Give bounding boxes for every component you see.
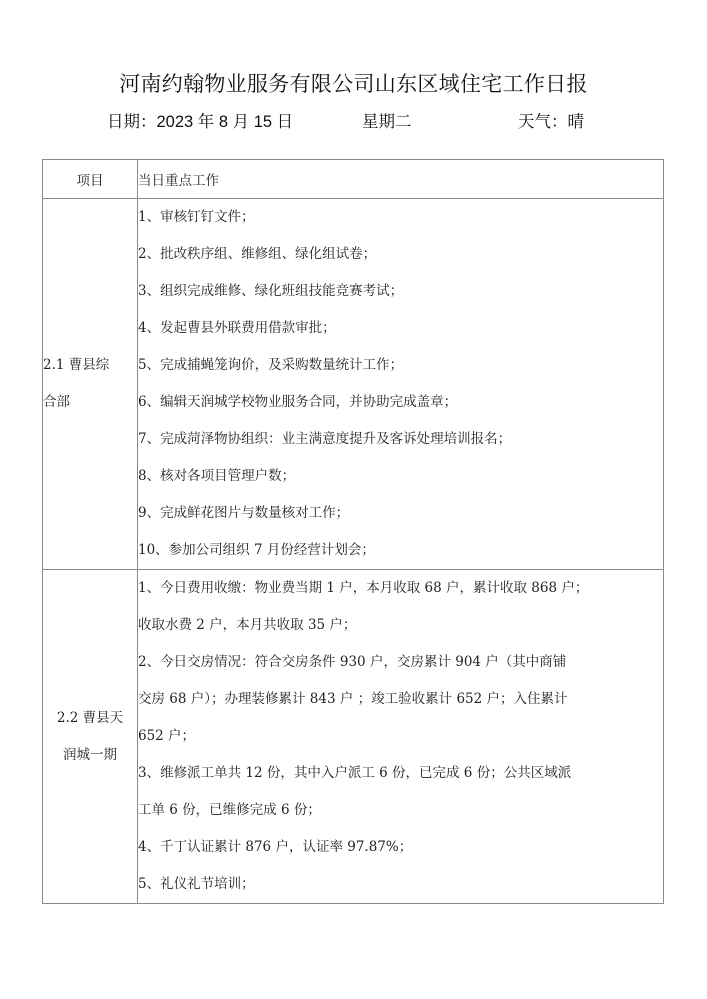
work-cell: 1、今日费用收缴：物业费当期 1 户，本月收取 68 户，累计收取 868 户；… [138, 570, 664, 904]
work-item: 6、编辑天润城学校物业服务合同，并协助完成盖章； [138, 384, 663, 421]
report-date: 日期：2023 年 8 月 15 日 [107, 108, 293, 132]
work-item: 1、审核钉钉文件； [138, 199, 663, 236]
work-item: 工单 6 份，已维修完成 6 份； [138, 792, 663, 829]
work-item: 2、批改秩序组、维修组、绿化组试卷； [138, 236, 663, 273]
daily-report-table: 项目 当日重点工作 2.1 曹县综 合部 1、审核钉钉文件； 2、批改秩序组、维… [42, 159, 664, 904]
work-item: 交房 68 户）；办理装修累计 843 户 ；竣工验收累计 652 户；入住累计 [138, 681, 663, 718]
work-item: 7、完成菏泽物协组织：业主满意度提升及客诉处理培训报名； [138, 421, 663, 458]
work-item: 收取水费 2 户，本月共收取 35 户； [138, 607, 663, 644]
report-weather: 天气：晴 [518, 108, 584, 132]
work-item: 5、礼仪礼节培训； [138, 866, 663, 903]
header-work: 当日重点工作 [138, 160, 664, 199]
work-item: 1、今日费用收缴：物业费当期 1 户，本月收取 68 户，累计收取 868 户； [138, 570, 663, 607]
project-name-line: 2.2 曹县天 [43, 700, 137, 737]
table-row: 2.1 曹县综 合部 1、审核钉钉文件； 2、批改秩序组、维修组、绿化组试卷； … [43, 199, 664, 570]
project-name-line: 2.1 曹县综 [43, 347, 137, 384]
project-name-line: 润城一期 [43, 737, 137, 774]
report-weekday: 星期二 [362, 108, 412, 132]
project-cell: 2.1 曹县综 合部 [43, 199, 138, 570]
work-item: 4、千丁认证累计 876 户，认证率 97.87%； [138, 829, 663, 866]
work-cell: 1、审核钉钉文件； 2、批改秩序组、维修组、绿化组试卷； 3、组织完成维修、绿化… [138, 199, 664, 570]
work-item: 2、今日交房情况：符合交房条件 930 户，交房累计 904 户（其中商铺 [138, 644, 663, 681]
work-item: 4、发起曹县外联费用借款审批； [138, 310, 663, 347]
table-header-row: 项目 当日重点工作 [43, 160, 664, 199]
header-project: 项目 [43, 160, 138, 199]
project-name-line: 合部 [43, 384, 137, 421]
project-cell: 2.2 曹县天 润城一期 [43, 570, 138, 904]
work-item: 3、组织完成维修、绿化班组技能竞赛考试； [138, 273, 663, 310]
report-title: 河南约翰物业服务有限公司山东区域住宅工作日报 [0, 68, 707, 98]
work-item: 8、核对各项目管理户数； [138, 458, 663, 495]
work-item: 9、完成鲜花图片与数量核对工作； [138, 495, 663, 532]
work-item: 3、维修派工单共 12 份，其中入户派工 6 份，已完成 6 份；公共区域派 [138, 755, 663, 792]
work-item: 5、完成捕蝇笼询价，及采购数量统计工作； [138, 347, 663, 384]
work-item: 10、参加公司组织 7 月份经营计划会； [138, 532, 663, 569]
work-item: 652 户； [138, 718, 663, 755]
table-row: 2.2 曹县天 润城一期 1、今日费用收缴：物业费当期 1 户，本月收取 68 … [43, 570, 664, 904]
